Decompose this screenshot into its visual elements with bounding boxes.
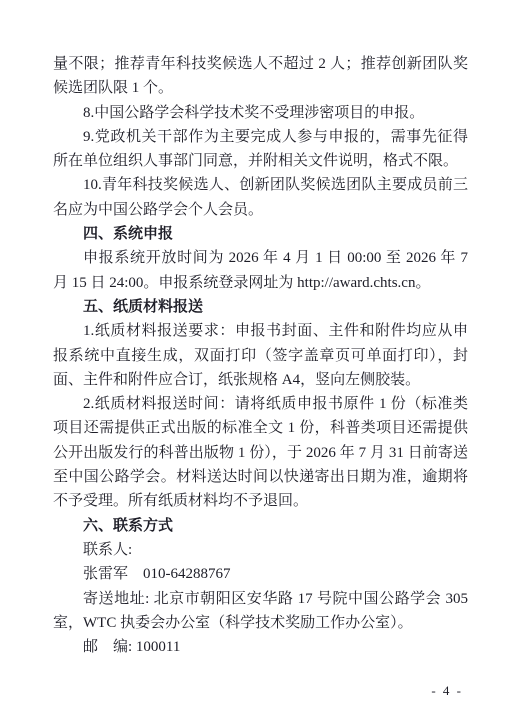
paragraph-continued-from-previous-page: 量不限；推荐青年科技奖候选人不超过 2 人；推荐创新团队奖候选团队限 1 个。 [53, 52, 468, 101]
paragraph-contact-name-phone: 张雷军 010-64288767 [53, 562, 468, 586]
document-page: 量不限；推荐青年科技奖候选人不超过 2 人；推荐创新团队奖候选团队限 1 个。 … [0, 0, 513, 721]
page-number: - 4 - [431, 683, 463, 699]
paragraph-paper-deadline: 2.纸质材料报送时间：请将纸质申报书原件 1 份（标准类项目还需提供正式出版的标… [53, 392, 468, 513]
paragraph-item-10: 10.青年科技奖候选人、创新团队奖候选团队主要成员前三名应为中国公路学会个人会员… [53, 173, 468, 222]
paragraph-item-9: 9.党政机关干部作为主要完成人参与申报的，需事先征得所在单位组织人事部门同意，并… [53, 125, 468, 174]
paragraph-item-8: 8.中国公路学会科学技术奖不受理涉密项目的申报。 [53, 101, 468, 125]
section-heading-4-system-application: 四、系统申报 [53, 222, 468, 246]
paragraph-contact-label: 联系人: [53, 538, 468, 562]
paragraph-system-open-time: 申报系统开放时间为 2026 年 4 月 1 日 00:00 至 2026 年 … [53, 246, 468, 295]
paragraph-postal-code: 邮 编: 100011 [53, 635, 468, 659]
section-heading-6-contact-info: 六、联系方式 [53, 514, 468, 538]
document-body: 量不限；推荐青年科技奖候选人不超过 2 人；推荐创新团队奖候选团队限 1 个。 … [53, 52, 468, 659]
paragraph-paper-requirements: 1.纸质材料报送要求：申报书封面、主件和附件均应从申报系统中直接生成，双面打印（… [53, 319, 468, 392]
section-heading-5-paper-materials: 五、纸质材料报送 [53, 295, 468, 319]
paragraph-mailing-address: 寄送地址: 北京市朝阳区安华路 17 号院中国公路学会 305 室，WTC 执委… [53, 587, 468, 636]
